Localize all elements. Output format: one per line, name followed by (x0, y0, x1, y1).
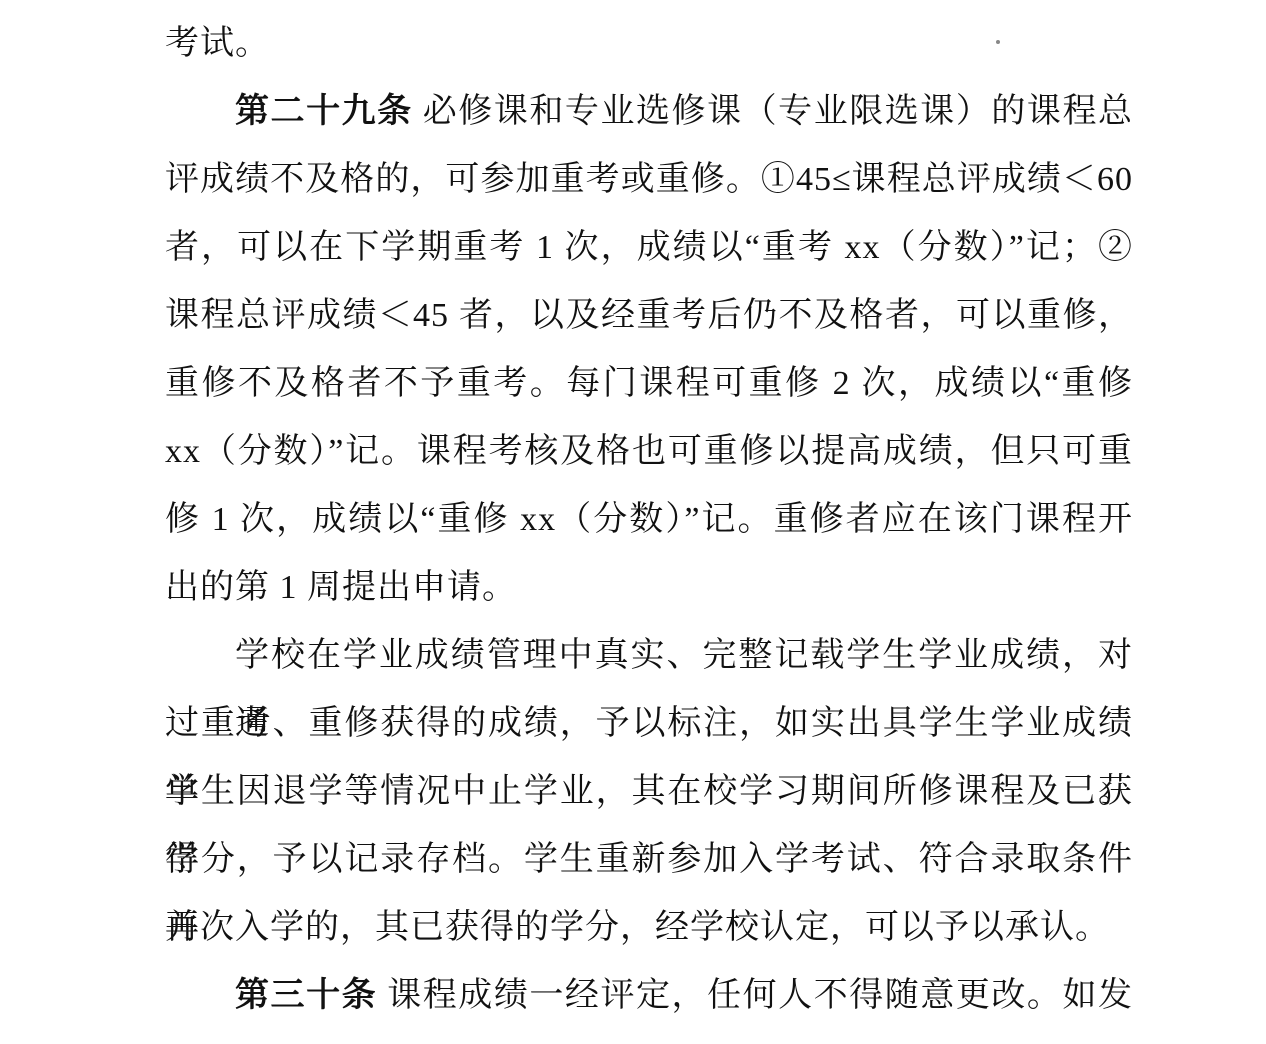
text-line: 出的第 1 周提出申请。 (165, 554, 1133, 622)
line-text: 修 1 次，成绩以“重修 xx（分数）”记。重修者应在该门课程开 (165, 501, 1133, 538)
text-line: 过重考、重修获得的成绩，予以标注，如实出具学生学业成绩单。 (165, 690, 1133, 758)
line-text: xx（分数）”记。课程考核及格也可重修以提高成绩，但只可重 (165, 433, 1133, 470)
text-line: 考试。 (165, 10, 1133, 78)
line-text: 再次入学的，其已获得的学分，经学校认定，可以予以承认。 (165, 909, 1110, 946)
document-text-block: 考试。 第二十九条 必修课和专业选修课（专业限选课）的课程总 评成绩不及格的，可… (165, 10, 1133, 1030)
article-number-bold: 第三十条 (235, 977, 377, 1014)
article-number-bold: 第二十九条 (235, 93, 413, 130)
line-text: 必修课和专业选修课（专业限选课）的课程总 (423, 93, 1133, 130)
line-text: 出的第 1 周提出申请。 (165, 569, 517, 606)
line-text: 课程总评成绩＜45 者，以及经重考后仍不及格者，可以重修， (165, 297, 1133, 334)
scanned-document-page: 考试。 第二十九条 必修课和专业选修课（专业限选课）的课程总 评成绩不及格的，可… (0, 0, 1266, 1044)
text-line: 重修不及格者不予重考。每门课程可重修 2 次，成绩以“重修 (165, 350, 1133, 418)
text-line: 学校在学业成绩管理中真实、完整记载学生学业成绩，对通 (235, 622, 1133, 690)
text-line-article-30: 第三十条 课程成绩一经评定，任何人不得随意更改。如发 (235, 962, 1133, 1030)
text-line: 学生因退学等情况中止学业，其在校学习期间所修课程及已获得 (165, 758, 1133, 826)
line-text: 评成绩不及格的，可参加重考或重修。①45≤课程总评成绩＜60 (165, 161, 1133, 198)
line-text: 者，可以在下学期重考 1 次，成绩以“重考 xx（分数）”记；② (165, 229, 1133, 266)
line-text: 考试。 (165, 25, 270, 62)
text-line: 学分，予以记录存档。学生重新参加入学考试、符合录取条件并 (165, 826, 1133, 894)
text-line: 课程总评成绩＜45 者，以及经重考后仍不及格者，可以重修， (165, 282, 1133, 350)
line-text: 重修不及格者不予重考。每门课程可重修 2 次，成绩以“重修 (165, 365, 1133, 402)
text-line: 评成绩不及格的，可参加重考或重修。①45≤课程总评成绩＜60 (165, 146, 1133, 214)
text-line: xx（分数）”记。课程考核及格也可重修以提高成绩，但只可重 (165, 418, 1133, 486)
text-line: 再次入学的，其已获得的学分，经学校认定，可以予以承认。 (165, 894, 1133, 962)
line-text: 课程成绩一经评定，任何人不得随意更改。如发 (387, 977, 1133, 1014)
text-line: 修 1 次，成绩以“重修 xx（分数）”记。重修者应在该门课程开 (165, 486, 1133, 554)
text-line-article-29: 第二十九条 必修课和专业选修课（专业限选课）的课程总 (235, 78, 1133, 146)
text-line: 者，可以在下学期重考 1 次，成绩以“重考 xx（分数）”记；② (165, 214, 1133, 282)
